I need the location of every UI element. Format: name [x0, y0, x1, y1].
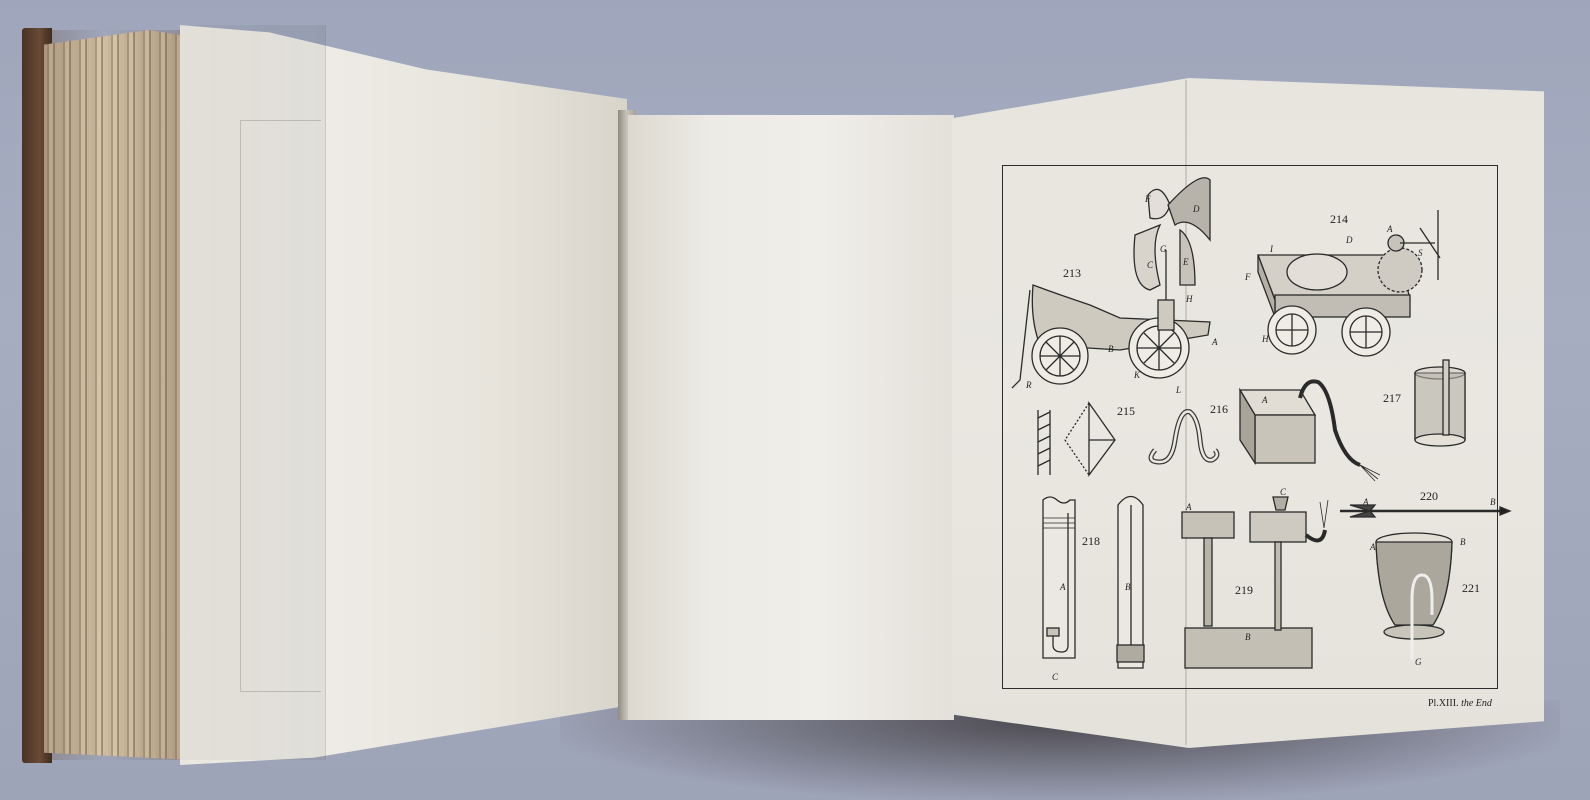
label-213-K: K [1133, 370, 1141, 380]
label-214-D: D [1345, 235, 1353, 245]
figure-216-bent-tube [1151, 412, 1217, 462]
label-214-I: I [1269, 244, 1274, 254]
label-221-B: B [1460, 537, 1466, 547]
label-213-H: H [1185, 294, 1193, 304]
label-220-B: B [1490, 497, 1496, 507]
label-218-B: B [1125, 582, 1131, 592]
fig-label-218: 218 [1082, 534, 1100, 548]
label-221-A: A [1369, 542, 1376, 552]
label-219-C: C [1280, 487, 1287, 497]
plate-caption: Pl.XIII. the End [1428, 698, 1492, 709]
label-219-A: A [1185, 502, 1192, 512]
label-213-A: A [1211, 337, 1218, 347]
label-218-A: A [1059, 582, 1066, 592]
figure-221-tantalus-cup [1376, 533, 1452, 660]
label-220-A: A [1362, 497, 1369, 507]
fig-label-220: 220 [1420, 489, 1438, 503]
label-213-E: E [1182, 257, 1189, 267]
label-214-S: S [1418, 248, 1423, 258]
fig-label-219: 219 [1235, 583, 1253, 597]
label-219-B: B [1245, 632, 1251, 642]
figure-214-geared-wagon [1258, 210, 1440, 356]
figure-219-fountain-apparatus [1182, 497, 1328, 668]
fig-label-213: 213 [1063, 266, 1081, 280]
label-213-B: B [1108, 344, 1114, 354]
figure-213-wind-carriage [1012, 178, 1210, 388]
figure-217-box-siphon [1240, 381, 1380, 481]
fig-label-217: 217 [1383, 391, 1401, 405]
label-213-F: F [1144, 194, 1151, 204]
label-217-B: A [1261, 395, 1268, 405]
label-213-G: G [1160, 244, 1167, 254]
figure-215-screw-diagram [1038, 403, 1115, 475]
label-214-F: F [1244, 272, 1251, 282]
label-221-G: G [1415, 657, 1422, 667]
plate-caption-end: the End [1461, 698, 1492, 709]
fig-label-216: 216 [1210, 402, 1228, 416]
label-213-D: D [1192, 204, 1200, 214]
plate-number: Pl.XIII. [1428, 698, 1459, 709]
label-213-C: C [1147, 260, 1154, 270]
label-218-C: C [1052, 672, 1059, 682]
plate-engravings: 213 214 215 216 217 218 219 220 221 F D … [0, 0, 1590, 800]
label-213-L: L [1175, 385, 1181, 395]
label-214-A: A [1386, 224, 1393, 234]
fig-label-221: 221 [1462, 581, 1480, 595]
fig-label-214: 214 [1330, 212, 1348, 226]
label-214-H: H [1261, 334, 1269, 344]
fig-label-215: 215 [1117, 404, 1135, 418]
label-213-R: R [1025, 380, 1032, 390]
figure-217-cylinder [1415, 360, 1465, 446]
